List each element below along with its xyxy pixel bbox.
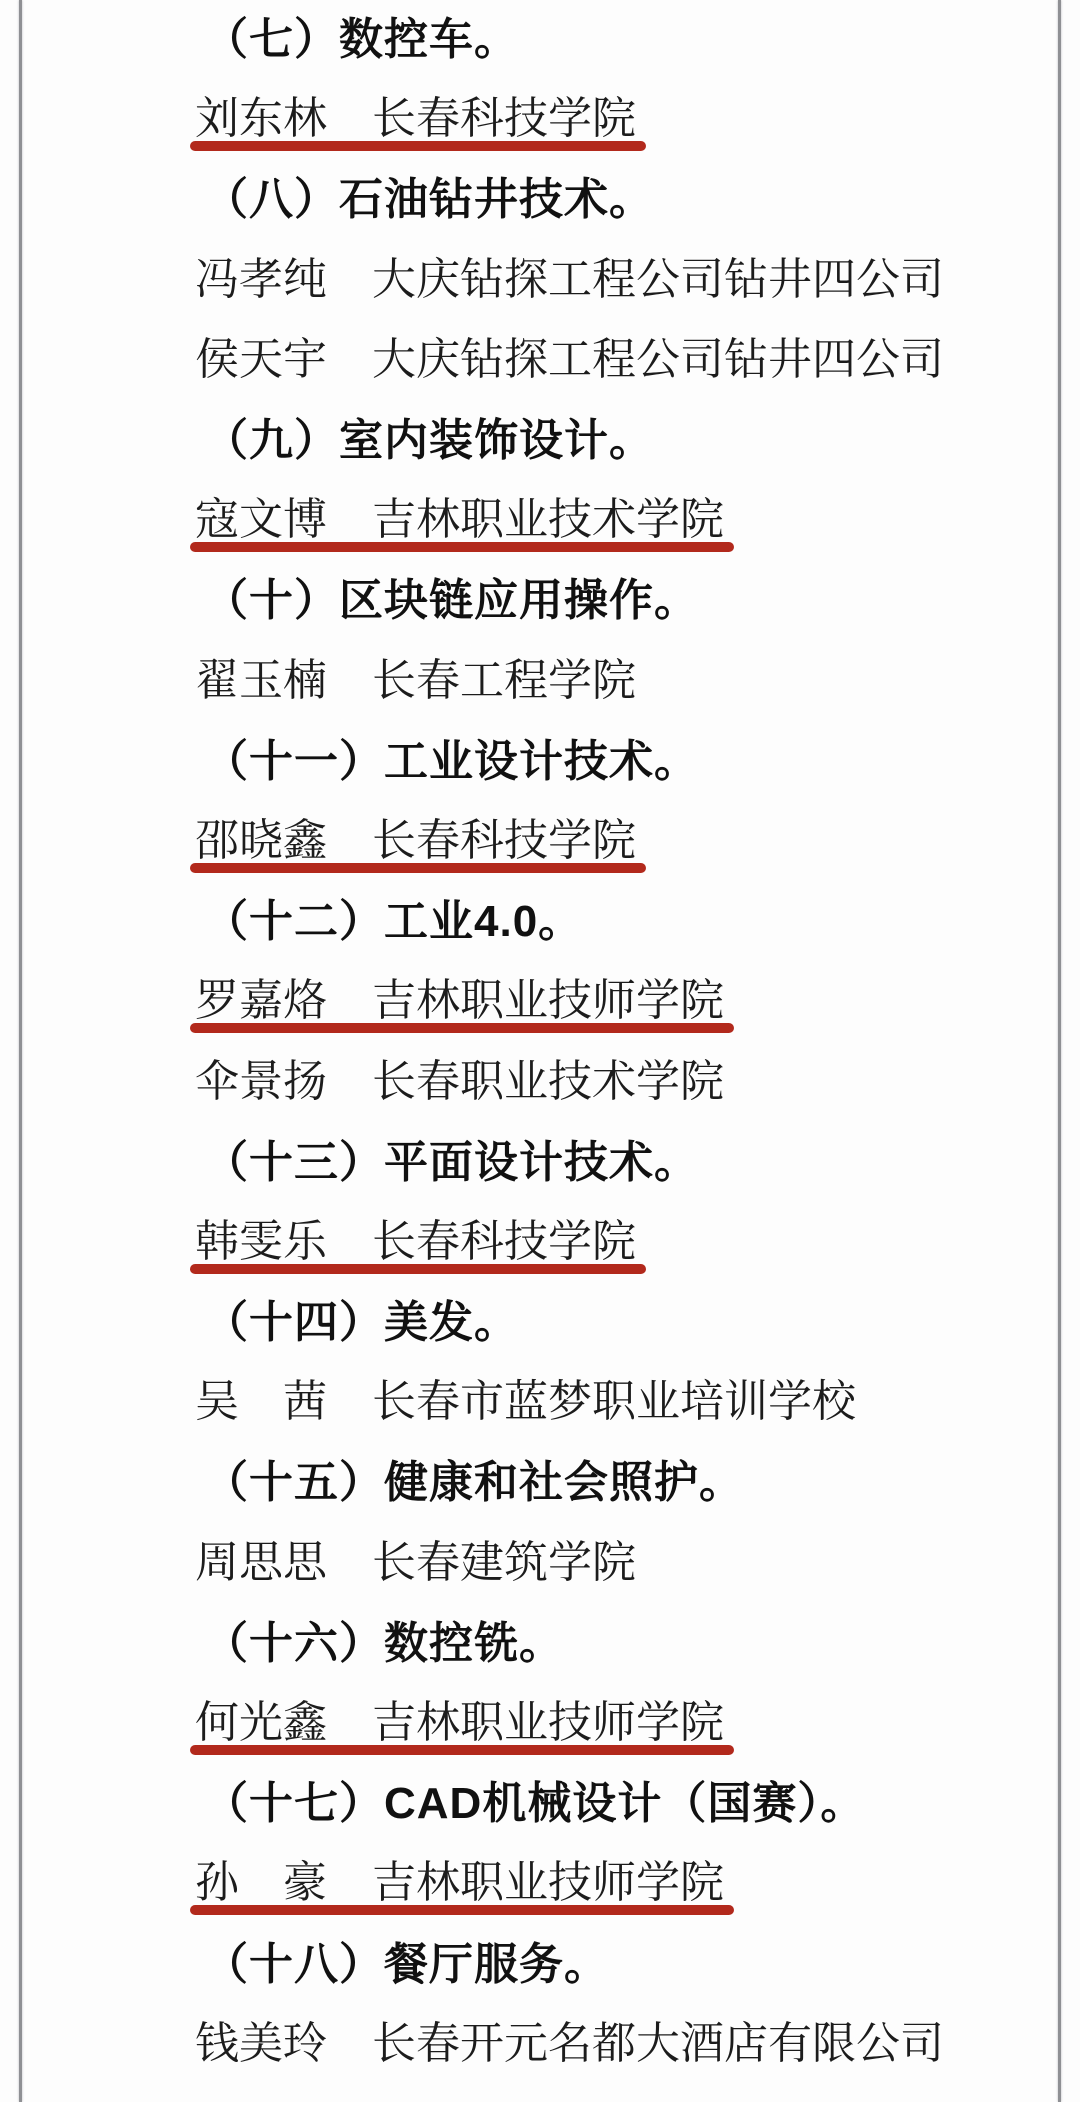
entry-text: 冯孝纯大庆钻探工程公司钻井四公司	[195, 258, 944, 304]
section-heading: （十五）健康和社会照护。	[0, 1443, 1080, 1523]
red-underline-mark	[190, 542, 734, 552]
entry-text: 邵晓鑫长春科技学院	[195, 819, 636, 865]
entry-name: 寇文博	[195, 498, 327, 542]
entry-name: 罗嘉烙	[195, 979, 327, 1023]
entry-institution: 吉林职业技术学院	[372, 498, 724, 542]
section-heading: （九）室内装饰设计。	[0, 401, 1080, 481]
section-heading-text: （十四）美发。	[204, 1301, 519, 1345]
entry-row: 何光鑫吉林职业技师学院	[0, 1684, 1080, 1764]
section-heading: （十一）工业设计技术。	[0, 722, 1080, 802]
section-heading: （十八）餐厅服务。	[0, 1925, 1080, 2005]
section-heading-text: （十二）工业4.0。	[204, 900, 583, 944]
section-heading-text: （十三）平面设计技术。	[204, 1141, 699, 1185]
entry-text: 刘东林长春科技学院	[195, 97, 636, 143]
entry-institution: 长春科技学院	[372, 97, 636, 141]
entry-text: 韩雯乐长春科技学院	[195, 1220, 636, 1266]
red-underline-mark	[190, 1264, 646, 1274]
entry-name: 冯孝纯	[195, 258, 327, 302]
entry-institution: 长春建筑学院	[372, 1541, 636, 1585]
red-underline-mark	[190, 141, 646, 151]
document-page: （七）数控车。刘东林长春科技学院（八）石油钻井技术。冯孝纯大庆钻探工程公司钻井四…	[0, 0, 1080, 2102]
entry-row: 邵晓鑫长春科技学院	[0, 802, 1080, 882]
entry-row: 刘东林长春科技学院	[0, 80, 1080, 160]
entry-row: 周思思长春建筑学院	[0, 1524, 1080, 1604]
entry-institution: 长春科技学院	[372, 819, 636, 863]
entry-text: 伞景扬长春职业技术学院	[195, 1060, 724, 1106]
entry-name: 吴 茜	[195, 1380, 327, 1424]
entry-institution: 大庆钻探工程公司钻井四公司	[372, 258, 944, 302]
section-heading: （八）石油钻井技术。	[0, 160, 1080, 240]
section-heading: （十四）美发。	[0, 1283, 1080, 1363]
entry-institution: 长春开元名都大酒店有限公司	[372, 2022, 944, 2066]
entry-name: 邵晓鑫	[195, 819, 327, 863]
entry-institution: 吉林职业技师学院	[372, 1701, 724, 1745]
section-heading: （十）区块链应用操作。	[0, 561, 1080, 641]
entry-row: 寇文博吉林职业技术学院	[0, 481, 1080, 561]
section-heading: （十七）CAD机械设计（国赛）。	[0, 1764, 1080, 1844]
entry-name: 钱美玲	[195, 2022, 327, 2066]
section-heading-text: （七）数控车。	[204, 18, 519, 62]
entry-row: 翟玉楠长春工程学院	[0, 642, 1080, 722]
red-underline-mark	[190, 863, 646, 873]
entry-institution: 长春职业技术学院	[372, 1060, 724, 1104]
entry-row: 冯孝纯大庆钻探工程公司钻井四公司	[0, 241, 1080, 321]
section-heading-text: （十八）餐厅服务。	[204, 1943, 609, 1987]
entry-name: 孙 豪	[195, 1861, 327, 1905]
entry-text: 周思思长春建筑学院	[195, 1541, 636, 1587]
entry-name: 韩雯乐	[195, 1220, 327, 1264]
entry-row: 伞景扬长春职业技术学院	[0, 1042, 1080, 1122]
entry-text: 寇文博吉林职业技术学院	[195, 498, 724, 544]
entry-text: 孙 豪吉林职业技师学院	[195, 1861, 724, 1907]
entry-row: 侯天宇大庆钻探工程公司钻井四公司	[0, 321, 1080, 401]
entry-name: 周思思	[195, 1541, 327, 1585]
section-heading-text: （十七）CAD机械设计（国赛）。	[204, 1782, 865, 1826]
entry-row: 韩雯乐长春科技学院	[0, 1203, 1080, 1283]
award-list: （七）数控车。刘东林长春科技学院（八）石油钻井技术。冯孝纯大庆钻探工程公司钻井四…	[0, 0, 1080, 2085]
entry-row: 钱美玲长春开元名都大酒店有限公司	[0, 2005, 1080, 2085]
section-heading-text: （十）区块链应用操作。	[204, 579, 699, 623]
section-heading-text: （十一）工业设计技术。	[204, 740, 699, 784]
section-heading: （十六）数控铣。	[0, 1604, 1080, 1684]
entry-row: 罗嘉烙吉林职业技师学院	[0, 962, 1080, 1042]
entry-institution: 长春工程学院	[372, 659, 636, 703]
entry-text: 钱美玲长春开元名都大酒店有限公司	[195, 2022, 944, 2068]
entry-row: 孙 豪吉林职业技师学院	[0, 1844, 1080, 1924]
entry-institution: 长春科技学院	[372, 1220, 636, 1264]
section-heading: （七）数控车。	[0, 0, 1080, 80]
entry-name: 刘东林	[195, 97, 327, 141]
section-heading-text: （九）室内装饰设计。	[204, 419, 654, 463]
entry-text: 翟玉楠长春工程学院	[195, 659, 636, 705]
section-heading-text: （八）石油钻井技术。	[204, 178, 654, 222]
section-heading-text: （十五）健康和社会照护。	[204, 1461, 744, 1505]
entry-name: 翟玉楠	[195, 659, 327, 703]
section-heading: （十三）平面设计技术。	[0, 1123, 1080, 1203]
entry-row: 吴 茜长春市蓝梦职业培训学校	[0, 1363, 1080, 1443]
entry-text: 吴 茜长春市蓝梦职业培训学校	[195, 1380, 856, 1426]
entry-text: 何光鑫吉林职业技师学院	[195, 1701, 724, 1747]
red-underline-mark	[190, 1905, 734, 1915]
entry-institution: 大庆钻探工程公司钻井四公司	[372, 338, 944, 382]
entry-institution: 吉林职业技师学院	[372, 979, 724, 1023]
section-heading-text: （十六）数控铣。	[204, 1622, 564, 1666]
red-underline-mark	[190, 1745, 734, 1755]
entry-name: 何光鑫	[195, 1701, 327, 1745]
red-underline-mark	[190, 1023, 734, 1033]
entry-text: 侯天宇大庆钻探工程公司钻井四公司	[195, 338, 944, 384]
entry-text: 罗嘉烙吉林职业技师学院	[195, 979, 724, 1025]
entry-name: 伞景扬	[195, 1060, 327, 1104]
entry-name: 侯天宇	[195, 338, 327, 382]
entry-institution: 吉林职业技师学院	[372, 1861, 724, 1905]
section-heading: （十二）工业4.0。	[0, 882, 1080, 962]
entry-institution: 长春市蓝梦职业培训学校	[372, 1380, 856, 1424]
